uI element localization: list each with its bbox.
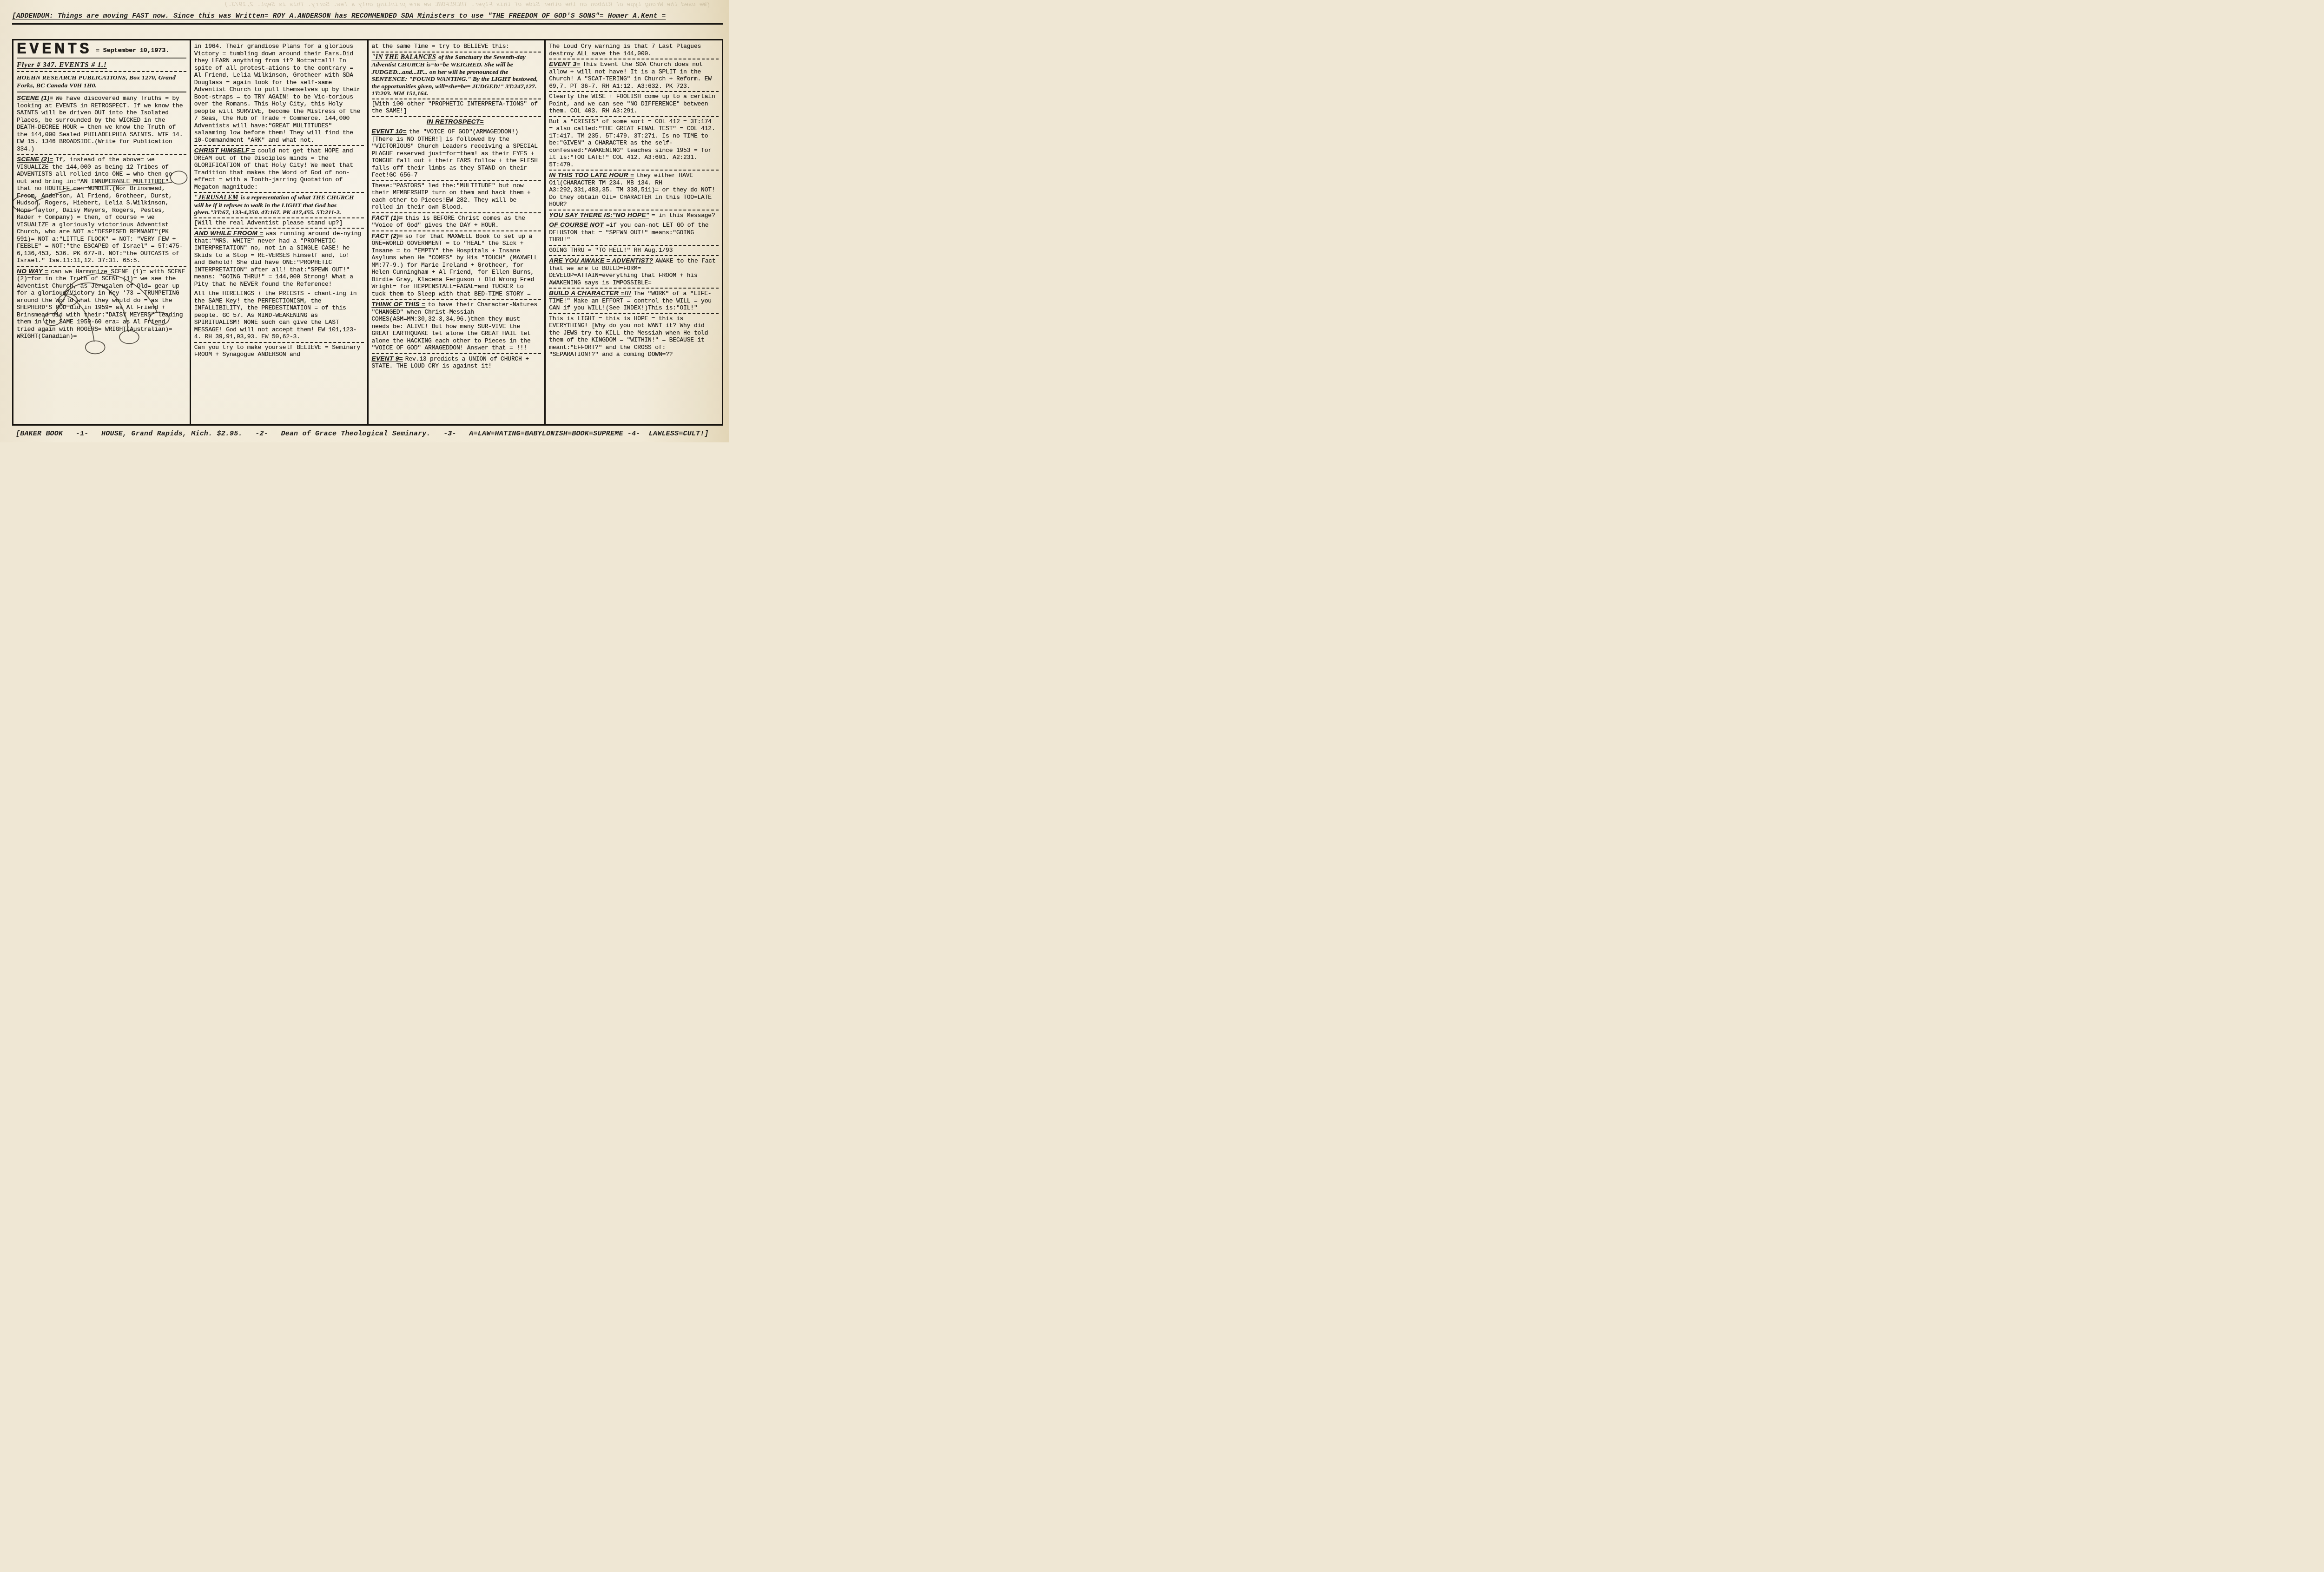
paragraph-lead: IN RETROSPECT= (427, 118, 486, 125)
paragraph-text: [Will the real Adventist please stand up… (194, 219, 343, 226)
paragraph-text: to have their Character-Natures "CHANGED… (372, 301, 538, 351)
paragraph: BUILD A CHARACTER =!!!The "WORK" of a "L… (549, 288, 719, 313)
paragraph: OF COURSE NOT=if you can-not LET GO of t… (549, 220, 719, 245)
paragraph: EVENT 3=This Event the SDA Church does n… (549, 59, 719, 91)
paragraph: GOING THRU = "TO HELL!" RH Aug.1/93 (549, 245, 719, 256)
paragraph: [With 100 other "PROPHETIC INTERPRETA-TI… (372, 99, 541, 116)
issue-date: = September 10,1973. (96, 47, 169, 56)
paragraph: ARE YOU AWAKE = ADVENTIST?AWAKE to the F… (549, 255, 719, 288)
paragraph: SCENE (2)=If, instead of the above= we V… (17, 154, 186, 266)
paragraph-text: Clearly the WISE + FOOLISH come up to a … (549, 93, 715, 114)
paragraph: FACT (2)=so for that MAXWELL Book to set… (372, 230, 541, 299)
paragraph: Clearly the WISE + FOOLISH come up to a … (549, 91, 719, 116)
paragraph-text: Can you try to make yourself BELIEVE = S… (194, 344, 360, 358)
paragraph-text: The Loud Cry warning is that 7 Last Plag… (549, 43, 701, 57)
paragraph-lead: "IN THE BALANCES (372, 54, 439, 61)
paragraph: But a "CRISIS" of some sort = COL 412 = … (549, 116, 719, 170)
paragraph: SCENE (1)=We have discovered many Truths… (17, 93, 186, 154)
paragraph-lead: YOU SAY THERE IS:"NO HOPE" (549, 211, 651, 218)
masthead-title-row: EVENTS = September 10,1973. (17, 42, 186, 59)
paragraph-text: in 1964. Their grandiose Plans for a glo… (194, 43, 360, 144)
paragraph-text: at the same Time = try to BELIEVE this: (372, 43, 509, 50)
paragraph-text: = in this Message? (652, 212, 715, 219)
paragraph-lead: "JERUSALEM (194, 194, 241, 201)
paragraph-lead: BUILD A CHARACTER =!!! (549, 289, 634, 296)
section-heading-in-retrospect: IN RETROSPECT= (372, 116, 541, 127)
paragraph: EVENT 10=the "VOICE OF GOD"(ARMAGEDDON!)… (372, 127, 541, 180)
paragraph-lead: CHRIST HIMSELF = (194, 147, 257, 154)
paragraph-text: the "VOICE OF GOD"(ARMAGEDDON!) [There i… (372, 128, 538, 178)
paragraph-lead: SCENE (2)= (17, 156, 56, 163)
paragraph-lead: SCENE (1)= (17, 94, 56, 101)
paragraph-lead: EVENT 9= (372, 355, 405, 362)
paragraph: The Loud Cry warning is that 7 Last Plag… (549, 42, 719, 59)
masthead: EVENTS = September 10,1973. Flyer # 347.… (17, 42, 186, 92)
paragraph-text: [With 100 other "PROPHETIC INTERPRETA-TI… (372, 100, 538, 115)
paragraph: AND WHILE FROOM =was running around de-n… (194, 228, 364, 289)
paragraph-text: GOING THRU = "TO HELL!" RH Aug.1/93 (549, 247, 673, 254)
paragraph-lead: AND WHILE FROOM = (194, 230, 266, 237)
paragraph: FACT (1)=this is BEFORE Christ comes as … (372, 212, 541, 230)
paragraph: at the same Time = try to BELIEVE this: (372, 42, 541, 52)
paragraph: YOU SAY THERE IS:"NO HOPE"= in this Mess… (549, 210, 719, 221)
column-3: at the same Time = try to BELIEVE this: … (369, 40, 546, 424)
addendum-header-line: [ADDENDUM: Things are moving FAST now. S… (12, 12, 723, 25)
paragraph-text: If, instead of the above= we VISUALIZE t… (17, 156, 183, 264)
paragraph-lead: IN THIS TOO LATE HOUR = (549, 171, 636, 178)
paragraph-text: so for that MAXWELL Book to set up a ONE… (372, 233, 538, 297)
bleed-through-ghost-text: (We used the Wrong type of Ribbon on the… (19, 1, 710, 8)
scanned-flyer-page: (We used the Wrong type of Ribbon on the… (0, 0, 729, 442)
paragraph-text: But a "CRISIS" of some sort = COL 412 = … (549, 118, 715, 168)
paragraph: IN THIS TOO LATE HOUR =they either HAVE … (549, 170, 719, 210)
paragraph-lead: OF COURSE NOT (549, 221, 606, 228)
paragraph: These:"PASTORS" led the:"MULTITUDE" but … (372, 180, 541, 212)
paragraph-lead: EVENT 10= (372, 128, 409, 135)
paragraph-text: This is LIGHT = this is HOPE = this is E… (549, 315, 708, 358)
publisher-address-line: HOEHN RESEARCH PUBLICATIONS, Box 1270, G… (17, 72, 186, 92)
column-2: in 1964. Their grandiose Plans for a glo… (191, 40, 369, 424)
paragraph: NO WAY =can we Harmonize SCENE (1)= with… (17, 266, 186, 342)
four-column-text-grid: EVENTS = September 10,1973. Flyer # 347.… (12, 39, 723, 426)
paragraph-text: These:"PASTORS" led the:"MULTITUDE" but … (372, 182, 531, 211)
paragraph-text: We have discovered many Truths = by look… (17, 95, 183, 152)
paragraph-quote: "JERUSALEMis a representation of what TH… (194, 192, 364, 217)
paragraph-lead: FACT (2)= (372, 232, 405, 239)
paragraph-text: can we Harmonize SCENE (1)= with SCENE (… (17, 268, 185, 340)
paragraph-lead: ARE YOU AWAKE = ADVENTIST? (549, 257, 655, 264)
page-title: EVENTS (17, 42, 92, 56)
paragraph: CHRIST HIMSELF =could not get that HOPE … (194, 145, 364, 192)
footnote-line: [BAKER BOOK -1- HOUSE, Grand Rapids, Mic… (16, 429, 723, 439)
paragraph: in 1964. Their grandiose Plans for a glo… (194, 42, 364, 145)
flyer-number-line: Flyer # 347. EVENTS # 1.! (17, 59, 186, 72)
paragraph: All the HIRELINGS + the PRIESTS - chant-… (194, 289, 364, 342)
paragraph-quote: "IN THE BALANCESof the Sanctuary the Sev… (372, 52, 541, 99)
paragraph: EVENT 9=Rev.13 predicts a UNION of CHURC… (372, 353, 541, 371)
paragraph: [Will the real Adventist please stand up… (194, 217, 364, 228)
paragraph: THINK OF THIS =to have their Character-N… (372, 299, 541, 353)
paragraph: Can you try to make yourself BELIEVE = S… (194, 342, 364, 360)
paragraph-lead: EVENT 3= (549, 60, 582, 67)
paragraph-text: was running around de-nying that:"MRS. W… (194, 230, 361, 288)
paragraph-text: All the HIRELINGS + the PRIESTS - chant-… (194, 290, 357, 340)
column-1: EVENTS = September 10,1973. Flyer # 347.… (13, 40, 191, 424)
paragraph-lead: FACT (1)= (372, 214, 405, 221)
paragraph-lead: NO WAY = (17, 268, 51, 275)
paragraph-lead: THINK OF THIS = (372, 301, 428, 308)
column-4: The Loud Cry warning is that 7 Last Plag… (546, 40, 722, 424)
paragraph: This is LIGHT = this is HOPE = this is E… (549, 313, 719, 360)
